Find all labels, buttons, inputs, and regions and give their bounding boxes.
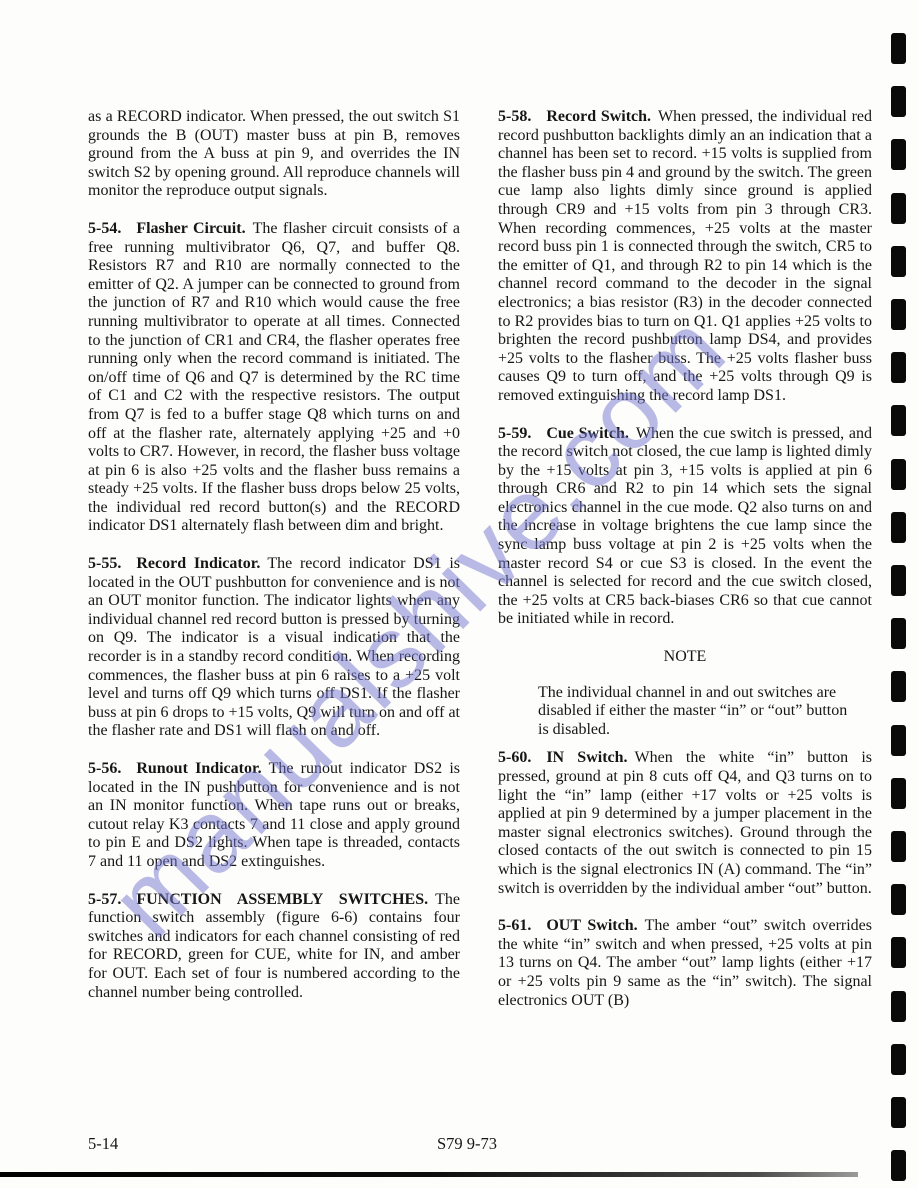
registration-mark	[891, 512, 906, 543]
paragraph-5-58: 5-58.Record Switch.When pressed, the ind…	[498, 108, 872, 406]
registration-mark	[891, 1097, 906, 1128]
paragraph-number: 5-58.	[498, 108, 546, 125]
registration-mark	[891, 831, 906, 862]
right-column: 5-58.Record Switch.When pressed, the ind…	[498, 108, 872, 1029]
paragraph-title: Flasher Circuit.	[136, 220, 252, 237]
paragraph-5-56: 5-56.Runout Indicator.The runout indicat…	[88, 760, 460, 872]
paragraph-number: 5-55.	[88, 555, 136, 572]
registration-mark	[891, 884, 906, 915]
registration-mark	[891, 991, 906, 1022]
registration-mark	[891, 671, 906, 702]
page-number: 5-14	[88, 1134, 118, 1154]
note-body: The individual channel in and out switch…	[498, 684, 872, 740]
paragraph-number: 5-61.	[498, 917, 546, 934]
registration-mark	[891, 86, 906, 117]
paragraph-continuation: as a RECORD indicator. When pressed, the…	[88, 108, 460, 201]
left-column: as a RECORD indicator. When pressed, the…	[88, 108, 460, 1021]
paragraph-number: 5-60.	[498, 749, 546, 766]
paragraph-body: When the cue switch is pressed, and the …	[498, 425, 872, 628]
registration-mark	[891, 565, 906, 596]
paragraph-title: Runout Indicator.	[136, 760, 268, 777]
paragraph-number: 5-59.	[498, 425, 546, 442]
paragraph-title: Cue Switch.	[546, 425, 636, 442]
paragraph-title: FUNCTION ASSEMBLY SWITCHES.	[136, 891, 435, 908]
scan-edge-bar	[0, 1172, 858, 1177]
paragraph-number: 5-56.	[88, 760, 136, 777]
paragraph-body: When pressed, the individual red record …	[498, 108, 872, 404]
registration-mark	[891, 725, 906, 756]
paragraph-title: IN Switch.	[546, 749, 634, 766]
registration-mark	[891, 459, 906, 490]
paragraph-title: Record Switch.	[546, 108, 658, 125]
paragraph-body: as a RECORD indicator. When pressed, the…	[88, 108, 460, 199]
paragraph-5-54: 5-54.Flasher Circuit.The flasher circuit…	[88, 220, 460, 536]
registration-mark	[891, 778, 906, 809]
registration-mark	[891, 1044, 906, 1075]
registration-mark	[891, 299, 906, 330]
paragraph-title: Record Indicator.	[136, 555, 267, 572]
manual-page: as a RECORD indicator. When pressed, the…	[0, 0, 918, 1188]
registration-mark	[891, 246, 906, 277]
registration-mark	[891, 352, 906, 383]
registration-mark	[891, 33, 906, 64]
registration-mark	[891, 1150, 906, 1181]
paragraph-body: The record indicator DS1 is located in t…	[88, 555, 460, 739]
note-block: NOTE The individual channel in and out s…	[498, 648, 872, 739]
paragraph-body: The flasher circuit consists of a free r…	[88, 220, 460, 535]
paragraph-body: When the white “in” button is pressed, g…	[498, 749, 872, 896]
paragraph-5-59: 5-59.Cue Switch.When the cue switch is p…	[498, 425, 872, 630]
paragraph-5-57: 5-57.FUNCTION ASSEMBLY SWITCHES.The func…	[88, 891, 460, 1003]
paragraph-5-60: 5-60.IN Switch.When the white “in” butto…	[498, 749, 872, 898]
note-heading: NOTE	[498, 648, 872, 667]
paragraph-5-55: 5-55.Record Indicator.The record indicat…	[88, 555, 460, 741]
paragraph-title: OUT Switch.	[546, 917, 644, 934]
registration-mark	[891, 139, 906, 170]
registration-mark	[891, 937, 906, 968]
paragraph-number: 5-57.	[88, 891, 136, 908]
document-code: S79 9-73	[437, 1134, 497, 1154]
registration-mark	[891, 193, 906, 224]
paragraph-number: 5-54.	[88, 220, 136, 237]
registration-mark	[891, 618, 906, 649]
paragraph-5-61: 5-61.OUT Switch.The amber “out” switch o…	[498, 917, 872, 1010]
registration-mark	[891, 405, 906, 436]
